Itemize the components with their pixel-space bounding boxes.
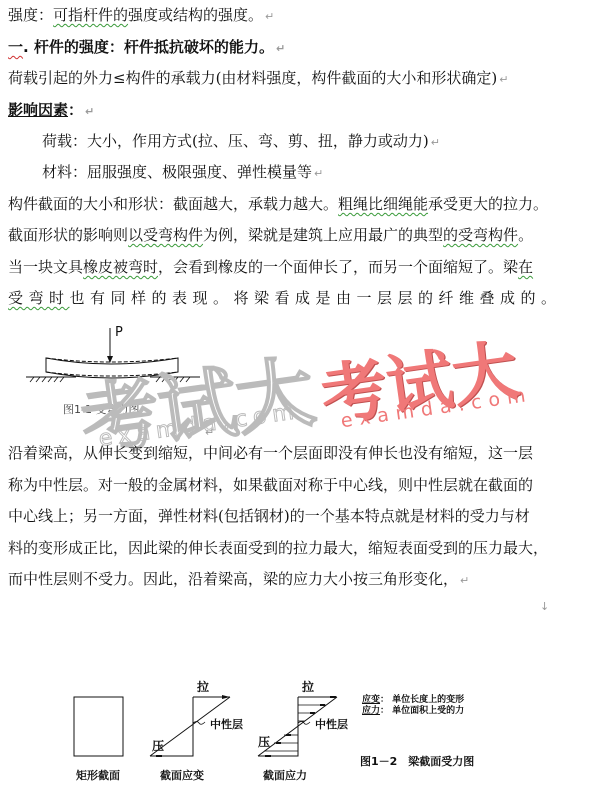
text: 粗绳比细绳能 — [338, 195, 428, 213]
text: 强度： — [8, 6, 53, 24]
label: 影响因素 — [8, 101, 68, 119]
line-eraser-example: 当一块文具橡皮被弯时，会看到橡皮的一个面伸长了，而另一个面缩短了。梁在 — [8, 257, 533, 277]
influence-factors-label: 影响因素：↵ — [8, 100, 94, 122]
text: 也有同样的表现。将梁看成是由一层层的纤维叠成的。 — [70, 289, 562, 307]
stress-tension-label: 拉 — [302, 678, 314, 695]
legend-def: 单位长度上的变形 — [392, 695, 464, 705]
figure-section-stress: 拉 压 中性层 拉 压 中性层 矩形截面 截面应变 截面应力 应变： 单位长度上… — [60, 675, 530, 785]
text: 。 — [518, 226, 533, 244]
legend-term: 应力 — [362, 706, 380, 716]
text: 受弯时 — [8, 289, 70, 307]
figure2-title: 图1－2 梁截面受力图 — [360, 753, 474, 769]
line-neutral-axis-3: 中心线上；另一方面，弹性材料(包括钢材)的一个基本特点就是材料的受力与材 — [8, 506, 530, 526]
line-strength-definition: 强度：可指杆件的强度或结构的强度。↵ — [8, 5, 274, 27]
legend-term: 应变 — [362, 695, 380, 705]
paragraph-mark-icon: ↵ — [499, 73, 508, 86]
text: 强度或结构的强度。 — [128, 6, 263, 24]
paragraph-mark-icon: ↵ — [314, 167, 323, 180]
text: 可指杆件的 — [53, 6, 128, 24]
paragraph-mark-icon: ↵ — [205, 426, 214, 439]
text: 构件截面的大小和形状：截面越大，承载力越大。 — [8, 195, 338, 213]
section-heading: 一. 杆件的强度：杆件抵抗破坏的能力。↵ — [8, 37, 285, 59]
text: 料的变形成正比，因此梁的伸长表面受到的拉力最大，缩短表面受到的压力最大， — [8, 539, 548, 557]
strain-caption: 截面应变 — [160, 767, 204, 783]
stress-caption: 截面应力 — [263, 767, 307, 783]
watermark: 考试大 examda.com 考试大 examda.com — [40, 335, 560, 455]
rectangular-section — [74, 697, 123, 756]
line-beam-fibers: 受弯时也有同样的表现。将梁看成是由一层层的纤维叠成的。 — [8, 288, 562, 308]
text: 沿着梁高，从伸长变到缩短，中间必有一个层面即没有伸长也没有缩短，这一层 — [8, 444, 533, 462]
line-material-factor: 材料：屈服强度、极限强度、弹性模量等↵ — [42, 162, 323, 184]
stress-neutral-label: 中性层 — [315, 716, 348, 732]
strain-neutral-label: 中性层 — [210, 716, 243, 732]
heading-text: . 杆件的强度：杆件抵抗破坏的能力。 — [23, 38, 274, 56]
line-neutral-axis-4: 料的变形成正比，因此梁的伸长表面受到的拉力最大，缩短表面受到的压力最大， — [8, 538, 548, 558]
legend-stress: 应力： 单位面积上受的力 — [362, 706, 464, 717]
legend-def: 单位面积上受的力 — [392, 706, 464, 716]
text: 而中性层则不受力。因此，沿着梁高，梁的应力大小按三角形变化， — [8, 570, 458, 588]
paragraph-mark-icon: ↵ — [431, 136, 440, 149]
strain-tension-label: 拉 — [197, 678, 209, 695]
line-section-shape: 截面形状的影响则以受弯构件为例，梁就是建筑上应用最广的典型的受弯构件。 — [8, 225, 533, 245]
paragraph-mark-icon: ↵ — [265, 10, 274, 23]
rect-section-caption: 矩形截面 — [76, 767, 120, 783]
line-load-factor: 荷载：大小，作用方式(拉、压、弯、剪、扭，静力或动力)↵ — [42, 131, 440, 153]
text: 中心线上；另一方面，弹性材料(包括钢材)的一个基本特点就是材料的受力与材 — [8, 507, 530, 525]
line-neutral-axis-2: 称为中性层。对一般的金属材料，如果截面对称于中心线，则中性层就在截面的 — [8, 475, 533, 495]
colon: ： — [68, 101, 83, 119]
text: 当一块文具 — [8, 258, 83, 276]
text: 在 — [518, 258, 533, 276]
heading-number: 一 — [8, 38, 23, 56]
text: 以受弯构件 — [128, 226, 203, 244]
legend-sep: ： — [380, 706, 389, 716]
paragraph-mark-icon: ↵ — [85, 105, 94, 118]
text: 承受更大的拉力。 — [428, 195, 548, 213]
stray-mark-icon: ↓ — [540, 600, 549, 613]
text: ，会看到橡皮的一个面伸长了，而另一个面缩短了。梁 — [158, 258, 518, 276]
text: 称为中性层。对一般的金属材料，如果截面对称于中心线，则中性层就在截面的 — [8, 476, 533, 494]
line-neutral-axis-5: 而中性层则不受力。因此，沿着梁高，梁的应力大小按三角形变化，↵ — [8, 569, 469, 591]
strain-compression-label: 压 — [152, 737, 164, 754]
text: 橡皮被弯时 — [83, 258, 158, 276]
line-neutral-axis-1: 沿着梁高，从伸长变到缩短，中间必有一个层面即没有伸长也没有缩短，这一层 — [8, 443, 533, 463]
paragraph-mark-icon: ↵ — [276, 42, 285, 55]
line-load-capacity: 荷载引起的外力≤构件的承载力(由材料强度，构件截面的大小和形状确定)↵ — [8, 68, 509, 90]
paragraph-mark-icon: ↵ — [460, 574, 469, 587]
line-section-size: 构件截面的大小和形状：截面越大，承载力越大。粗绳比细绳能承受更大的拉力。 — [8, 194, 548, 214]
legend: 应变： 单位长度上的变形 应力： 单位面积上受的力 — [362, 695, 464, 717]
legend-strain: 应变： 单位长度上的变形 — [362, 695, 464, 706]
text: 荷载引起的外力≤构件的承载力(由材料强度，构件截面的大小和形状确定) — [8, 69, 497, 87]
text: 截面形状的影响则 — [8, 226, 128, 244]
legend-sep: ： — [380, 695, 389, 705]
text: 为例，梁就是建筑上应用最广的典型 — [203, 226, 443, 244]
text: 荷载：大小，作用方式(拉、压、弯、剪、扭，静力或动力) — [42, 132, 429, 150]
text: 的受弯构件 — [443, 226, 518, 244]
text: 材料：屈服强度、极限强度、弹性模量等 — [42, 163, 312, 181]
stress-compression-label: 压 — [258, 733, 270, 750]
